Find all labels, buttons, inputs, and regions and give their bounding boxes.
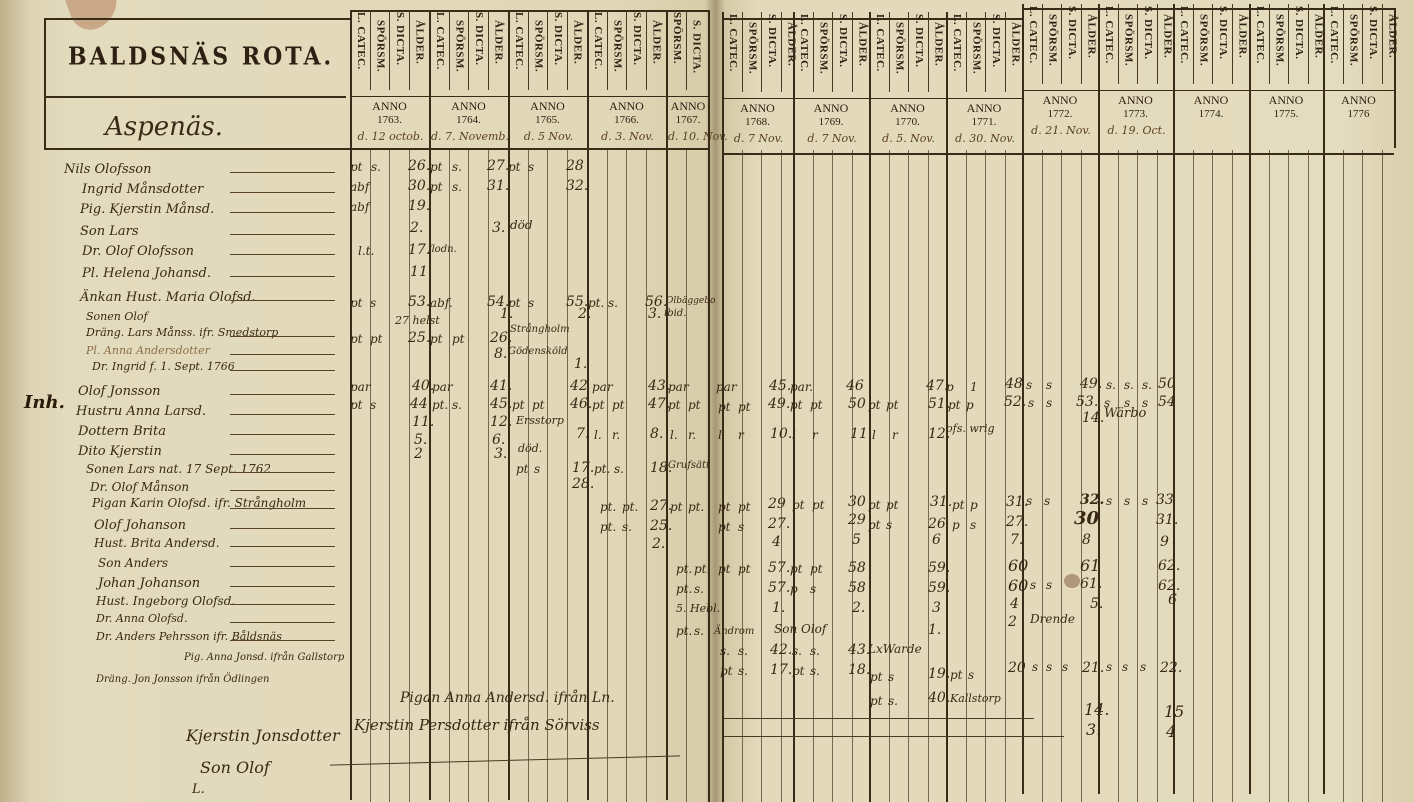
entry: pt [810, 398, 823, 412]
entry: pt [948, 398, 961, 412]
entry: 43. [648, 378, 670, 394]
entry: 32. [1080, 492, 1104, 508]
name-rule [230, 528, 335, 529]
column-divider [626, 10, 627, 90]
anno-label: ANNO [1022, 94, 1098, 106]
year-header-12: L. CATEC.SPÖRSM.S. DICTA.ÅLDER.ANNO1775. [1249, 4, 1323, 146]
entry: Ersstorp [516, 414, 564, 427]
entry: 47. [926, 378, 948, 394]
column-label: S. DICTA. [1062, 6, 1081, 92]
entry: s [370, 398, 376, 412]
entry: s [1046, 396, 1052, 410]
entry: pt [886, 498, 899, 512]
column-label: S. DICTA. [627, 12, 646, 98]
column-rule [1061, 150, 1062, 802]
name-rule [230, 212, 335, 213]
anno-divider [666, 96, 710, 97]
entry: s. [694, 624, 704, 638]
person-name: Dr. Anders Pehrsson ifr. Båldsnäs [96, 630, 282, 643]
column-divider [409, 10, 410, 90]
entry: 15 [1164, 702, 1184, 721]
year-header-3: L. CATEC.SPÖRSM.S. DICTA.ÅLDER.ANNO1766.… [587, 10, 666, 152]
column-divider [966, 12, 967, 92]
column-label: SPÖRSM. [608, 20, 627, 106]
column-label: S. DICTA. [687, 20, 706, 106]
person-name: Sonen Lars nat. 17 Sept. 1762 [86, 462, 271, 476]
person-name: Änkan Hust. Maria Olofsd. [80, 290, 256, 305]
entry: 3. [494, 446, 507, 462]
entry: 30. [408, 178, 430, 194]
entry: 28. [572, 476, 594, 492]
entry: pt [688, 398, 701, 412]
footer-note: Pigan Anna Andersd. ifrån Ln. [400, 690, 615, 706]
entry: p [946, 380, 954, 394]
column-rule [832, 150, 833, 802]
entry: 8. [650, 426, 663, 442]
entry: s [738, 520, 744, 534]
entry: r. [688, 428, 696, 442]
entry: pt [350, 398, 363, 412]
year-header-10: L. CATEC.SPÖRSM.S. DICTA.ÅLDER.ANNO1773.… [1098, 4, 1173, 146]
anno-divider [946, 98, 1022, 99]
year-label: 1775. [1249, 108, 1323, 120]
anno-divider [508, 96, 587, 97]
entry: p [952, 518, 960, 532]
column-divider [1288, 4, 1289, 84]
name-rule [230, 370, 335, 371]
frame-top [44, 18, 350, 20]
person-name: Pl. Helena Johansd. [82, 266, 211, 281]
name-rule [230, 490, 335, 491]
column-rule [389, 150, 390, 802]
column-rule [1232, 150, 1233, 802]
anno-label: ANNO [793, 102, 869, 114]
name-rule [230, 640, 335, 641]
entry: 4 [1010, 596, 1019, 612]
person-name: Son Anders [98, 556, 168, 570]
entry: 60 [1008, 576, 1028, 595]
column-rule [1362, 150, 1363, 802]
entry: 46. [570, 396, 592, 412]
entry: 33 [1156, 492, 1174, 508]
entry: pt [868, 518, 881, 532]
anno-divider [350, 96, 429, 97]
column-rule [813, 150, 814, 802]
person-name: Olof Jonsson [78, 384, 161, 399]
entry: s. [1142, 378, 1152, 392]
entry: l [872, 428, 876, 442]
entry: Drende [1030, 612, 1075, 626]
column-label: SPÖRSM. [814, 22, 833, 108]
year-label: 1763. [350, 114, 429, 126]
entry: l. [594, 428, 602, 442]
entry: p [970, 498, 978, 512]
title-divider [44, 96, 346, 98]
person-name: Dito Kjerstin [78, 444, 162, 459]
anno-divider [587, 96, 666, 97]
entry: pt. [594, 462, 610, 476]
signature: Kjerstin Jonsdotter [186, 726, 340, 745]
entry: pt [718, 400, 731, 414]
column-rule [646, 150, 647, 802]
column-label: S. DICTA. [390, 12, 409, 98]
name-rule [230, 276, 335, 277]
entry: r [738, 428, 744, 442]
entry: 52. [1004, 394, 1026, 410]
entry: död [510, 218, 533, 232]
footer-note: Kjerstin Persdotter ifrån Sörviss [354, 716, 600, 734]
entry: 26. [490, 330, 512, 346]
entry: 50 [848, 396, 866, 412]
column-label: SPÖRSM. [529, 20, 548, 106]
entry: 1. [772, 600, 785, 616]
entry: l. [670, 428, 678, 442]
entry: 20 [1008, 660, 1026, 676]
column-label: SPÖRSM. [1270, 14, 1289, 100]
exam-date: d. 5. Nov. [871, 132, 946, 145]
entry: Kallstorp [950, 692, 1001, 705]
entry: Wärbo [1104, 406, 1146, 421]
entry: 22. [1160, 660, 1182, 676]
entry: pt. [694, 562, 710, 576]
entry: pt [792, 664, 805, 678]
column-divider [1061, 4, 1062, 84]
person-name: Dr. Olof Månson [90, 480, 189, 494]
entry: 17. [770, 662, 792, 678]
entry: s. [694, 582, 704, 596]
name-rule [230, 192, 335, 193]
person-name: Dottern Brita [78, 424, 166, 439]
entry: abf. [430, 296, 453, 310]
entry: s. [738, 664, 748, 678]
entry: 1. [574, 356, 587, 372]
entry: par [716, 380, 737, 394]
entry: 11. [412, 414, 434, 430]
entry: s. [792, 644, 802, 658]
entry: pt [512, 398, 525, 412]
entry: abf [350, 180, 369, 194]
entry: pt [950, 668, 963, 682]
exam-date: d. 19. Oct. [1100, 124, 1173, 137]
person-name: Nils Olofsson [64, 162, 152, 177]
column-label: L. CATEC. [430, 12, 449, 98]
entry: 59. [928, 580, 950, 596]
entry: s. [1124, 378, 1134, 392]
ink-stain [1064, 574, 1080, 588]
entry: 2. [410, 220, 423, 236]
year-header-13: L. CATEC.SPÖRSM.S. DICTA.ÅLDER.ANNO1776 [1323, 4, 1394, 146]
entry: s [534, 462, 540, 476]
column-label: S. DICTA. [548, 12, 567, 98]
entry: p [966, 398, 974, 412]
entry: pt [508, 160, 521, 174]
entry: s [1122, 660, 1128, 674]
anno-label: ANNO [1098, 94, 1173, 106]
year-label: 1772. [1022, 108, 1098, 120]
column-rule [1269, 150, 1270, 802]
column-divider [488, 10, 489, 90]
column-label: L. CATEC. [588, 12, 607, 98]
column-divider [1042, 4, 1043, 84]
entry: pt [870, 694, 883, 708]
entry: 8 [1082, 532, 1091, 548]
entry: Olbäggebo [666, 296, 715, 306]
column-rule [1137, 150, 1138, 802]
column-divider [985, 12, 986, 92]
entry: par [592, 380, 613, 394]
column-divider [813, 12, 814, 92]
entry: s. [810, 644, 820, 658]
entry: 14. [1082, 410, 1104, 426]
exam-date: d. 12 octob. [352, 130, 429, 143]
year-label: 1774. [1173, 108, 1249, 120]
entry: 32. [566, 178, 588, 194]
register-spread: BALDSNÄS ROTA. Aspenäs. Inh. L. CATEC.SP… [0, 0, 1414, 802]
column-rule [1005, 150, 1006, 802]
person-name: Pig. Kjerstin Månsd. [80, 202, 214, 217]
entry: 4 [772, 534, 781, 550]
year-label: 1776 [1323, 108, 1394, 120]
frame-left [44, 18, 46, 150]
entry: 2 [414, 446, 423, 462]
year-header-8: L. CATEC.SPÖRSM.S. DICTA.ÅLDER.ANNO1771.… [946, 12, 1022, 154]
year-header-5: L. CATEC.SPÖRSM.S. DICTA.ÅLDER.ANNO1768.… [722, 12, 793, 154]
year-label: 1768. [722, 116, 793, 128]
column-divider [1343, 4, 1344, 84]
entry: s [1026, 494, 1032, 508]
column-rule [742, 150, 743, 802]
year-header-0: L. CATEC.SPÖRSM.S. DICTA.ÅLDER.ANNO1763.… [350, 10, 429, 152]
column-divider [1362, 4, 1363, 84]
entry: s [810, 582, 816, 596]
entry: s [1046, 578, 1052, 592]
entry: s. [1106, 378, 1116, 392]
entry: 58 [848, 560, 866, 576]
entry: pt [612, 398, 625, 412]
entry: s [1106, 660, 1112, 674]
entry: pt. [600, 520, 616, 534]
entry: 49. [1080, 376, 1102, 392]
column-rule [686, 150, 687, 802]
entry: s. [614, 462, 624, 476]
entry: 6 [1168, 592, 1177, 608]
entry: pt [738, 562, 751, 576]
entry: s [370, 296, 376, 310]
entry: 57. [768, 560, 790, 576]
anno-label: ANNO [1249, 94, 1323, 106]
entry: pt [452, 332, 465, 346]
person-name: Dr. Anna Olofsd. [96, 612, 187, 625]
column-label: S. DICTA. [986, 14, 1005, 100]
entry: Grufsätt [668, 460, 710, 471]
entry: 17. [572, 460, 594, 476]
anno-divider [1323, 90, 1394, 91]
entry: r [812, 428, 818, 442]
column-label: S. DICTA. [909, 14, 928, 100]
entry: 1. [928, 622, 941, 638]
entry: pt [516, 462, 529, 476]
column-rule [1081, 150, 1082, 802]
year-header-6: L. CATEC.SPÖRSM.S. DICTA.ÅLDER.ANNO1769.… [793, 12, 869, 154]
column-rule [1042, 150, 1043, 802]
entry: s. [720, 644, 730, 658]
column-label: L. CATEC. [1099, 6, 1118, 92]
entry: 58 [848, 580, 866, 596]
entry: 53. [408, 294, 430, 310]
name-rule [230, 394, 335, 395]
signature: Son Olof [200, 758, 270, 777]
entry: Son Olof [774, 622, 826, 636]
entry: pt [668, 398, 681, 412]
column-rule [1343, 150, 1344, 802]
entry: s. [622, 520, 632, 534]
entry: l.t. [358, 244, 374, 258]
entry: 29 [848, 512, 866, 528]
exam-date: d. 10. Nov. [668, 130, 710, 143]
column-label: ÅLDER. [568, 20, 587, 106]
column-label: ÅLDER. [410, 20, 429, 106]
entry: 44. [410, 396, 432, 412]
anno-label: ANNO [1173, 94, 1249, 106]
entry: 31. [1006, 494, 1028, 510]
year-rule [1249, 4, 1251, 794]
column-label: SPÖRSM. [890, 22, 909, 108]
entry: 61 [1080, 556, 1100, 575]
entry: 30 [1074, 508, 1099, 529]
column-label: S. DICTA. [469, 12, 488, 98]
column-label: SPÖRSM. [667, 12, 686, 98]
entry: ofs. wrig [946, 422, 995, 435]
anno-divider [793, 98, 869, 99]
entry: s [1124, 494, 1130, 508]
entry: 11 [850, 426, 868, 442]
entry: pt [738, 400, 751, 414]
entry: s [1026, 378, 1032, 392]
column-label: SPÖRSM. [1194, 14, 1213, 100]
column-divider [1005, 12, 1006, 92]
column-label: L. CATEC. [1250, 6, 1269, 92]
village-name: Aspenäs. [105, 112, 223, 142]
column-divider [742, 12, 743, 92]
column-label: SPÖRSM. [967, 22, 986, 108]
entry: 42. [770, 642, 792, 658]
entry: s [1140, 660, 1146, 674]
entry: 7. [576, 426, 589, 442]
entry: 51. [928, 396, 950, 412]
entry: pt [738, 500, 751, 514]
person-name: Sonen Olof [86, 310, 148, 323]
entry: pt. [622, 500, 638, 514]
entry: pt [592, 398, 605, 412]
entry: pt [810, 562, 823, 576]
entry: 53. [1076, 394, 1098, 410]
year-header-4: SPÖRSM.S. DICTA.ANNO1767.d. 10. Nov. [666, 10, 710, 152]
column-divider [1308, 4, 1309, 84]
entry: 28 [566, 158, 584, 174]
column-divider [1269, 4, 1270, 84]
entry: 26. [408, 158, 430, 174]
column-rule [1212, 150, 1213, 802]
entry: 40. [928, 690, 950, 706]
person-name: Dr. Ingrid f. 1. Sept. 1766 [92, 360, 235, 373]
name-rule [230, 586, 335, 587]
name-rule [230, 254, 335, 255]
entry: par. [790, 380, 813, 394]
entry: 4 [1166, 722, 1176, 741]
anno-label: ANNO [587, 100, 666, 112]
name-rule [230, 234, 335, 235]
entry: 27. [487, 158, 509, 174]
entry: pt [886, 398, 899, 412]
entry: pt [792, 498, 805, 512]
entry: 6 [932, 532, 941, 548]
entry: LxWarde [868, 642, 922, 656]
entry: pt [790, 398, 803, 412]
entry: 27. [1006, 514, 1028, 530]
name-rule [230, 546, 335, 547]
anno-label: ANNO [508, 100, 587, 112]
entry: 43. [848, 642, 870, 658]
column-divider [1193, 4, 1194, 84]
entry: pt [868, 398, 881, 412]
entry: s [1044, 494, 1050, 508]
entry: 5. Hebl. [676, 602, 720, 615]
entry: pt [718, 562, 731, 576]
entry: s. [738, 644, 748, 658]
year-header-7: L. CATEC.SPÖRSM.S. DICTA.ÅLDER.ANNO1770.… [869, 12, 946, 154]
entry: 47. [648, 396, 670, 412]
entry: 3. [492, 220, 505, 236]
exam-date: d. 21. Nov. [1024, 124, 1098, 137]
entry: s. [888, 694, 898, 708]
entry: s [968, 668, 974, 682]
entry: 27. [768, 516, 790, 532]
column-label: L. CATEC. [723, 14, 742, 100]
entry: pt [868, 498, 881, 512]
entry: s. [371, 160, 381, 174]
entry: pt. [688, 500, 704, 514]
year-label: 1771. [946, 116, 1022, 128]
anno-label: ANNO [1323, 94, 1394, 106]
entry: pt [812, 498, 825, 512]
entry: pt [370, 332, 383, 346]
entry: s [1142, 494, 1148, 508]
entry: 27 helst [395, 314, 440, 327]
exam-date: d. 7 Nov. [724, 132, 793, 145]
entry: 49. [768, 396, 790, 412]
anno-divider [869, 98, 946, 99]
column-divider [761, 12, 762, 92]
entry: 19. [408, 198, 430, 214]
name-rule [230, 508, 335, 509]
column-label: L. CATEC. [1174, 6, 1193, 92]
entry: 30 [848, 494, 866, 510]
anno-divider [429, 96, 508, 97]
column-label: S. DICTA. [1138, 6, 1157, 92]
entry: 7. [1010, 532, 1023, 548]
anno-label: ANNO [722, 102, 793, 114]
entry: pt [870, 670, 883, 684]
person-name: Dr. Olof Olofsson [82, 244, 194, 259]
column-divider [1157, 4, 1158, 84]
entry: 12. [490, 414, 512, 430]
entry: 62. [1158, 558, 1180, 574]
entry: 46 [846, 378, 864, 394]
entry: 18. [848, 662, 870, 678]
entry: 5. [1090, 596, 1103, 612]
column-label: ÅLDER. [489, 20, 508, 106]
column-divider [1212, 4, 1213, 84]
